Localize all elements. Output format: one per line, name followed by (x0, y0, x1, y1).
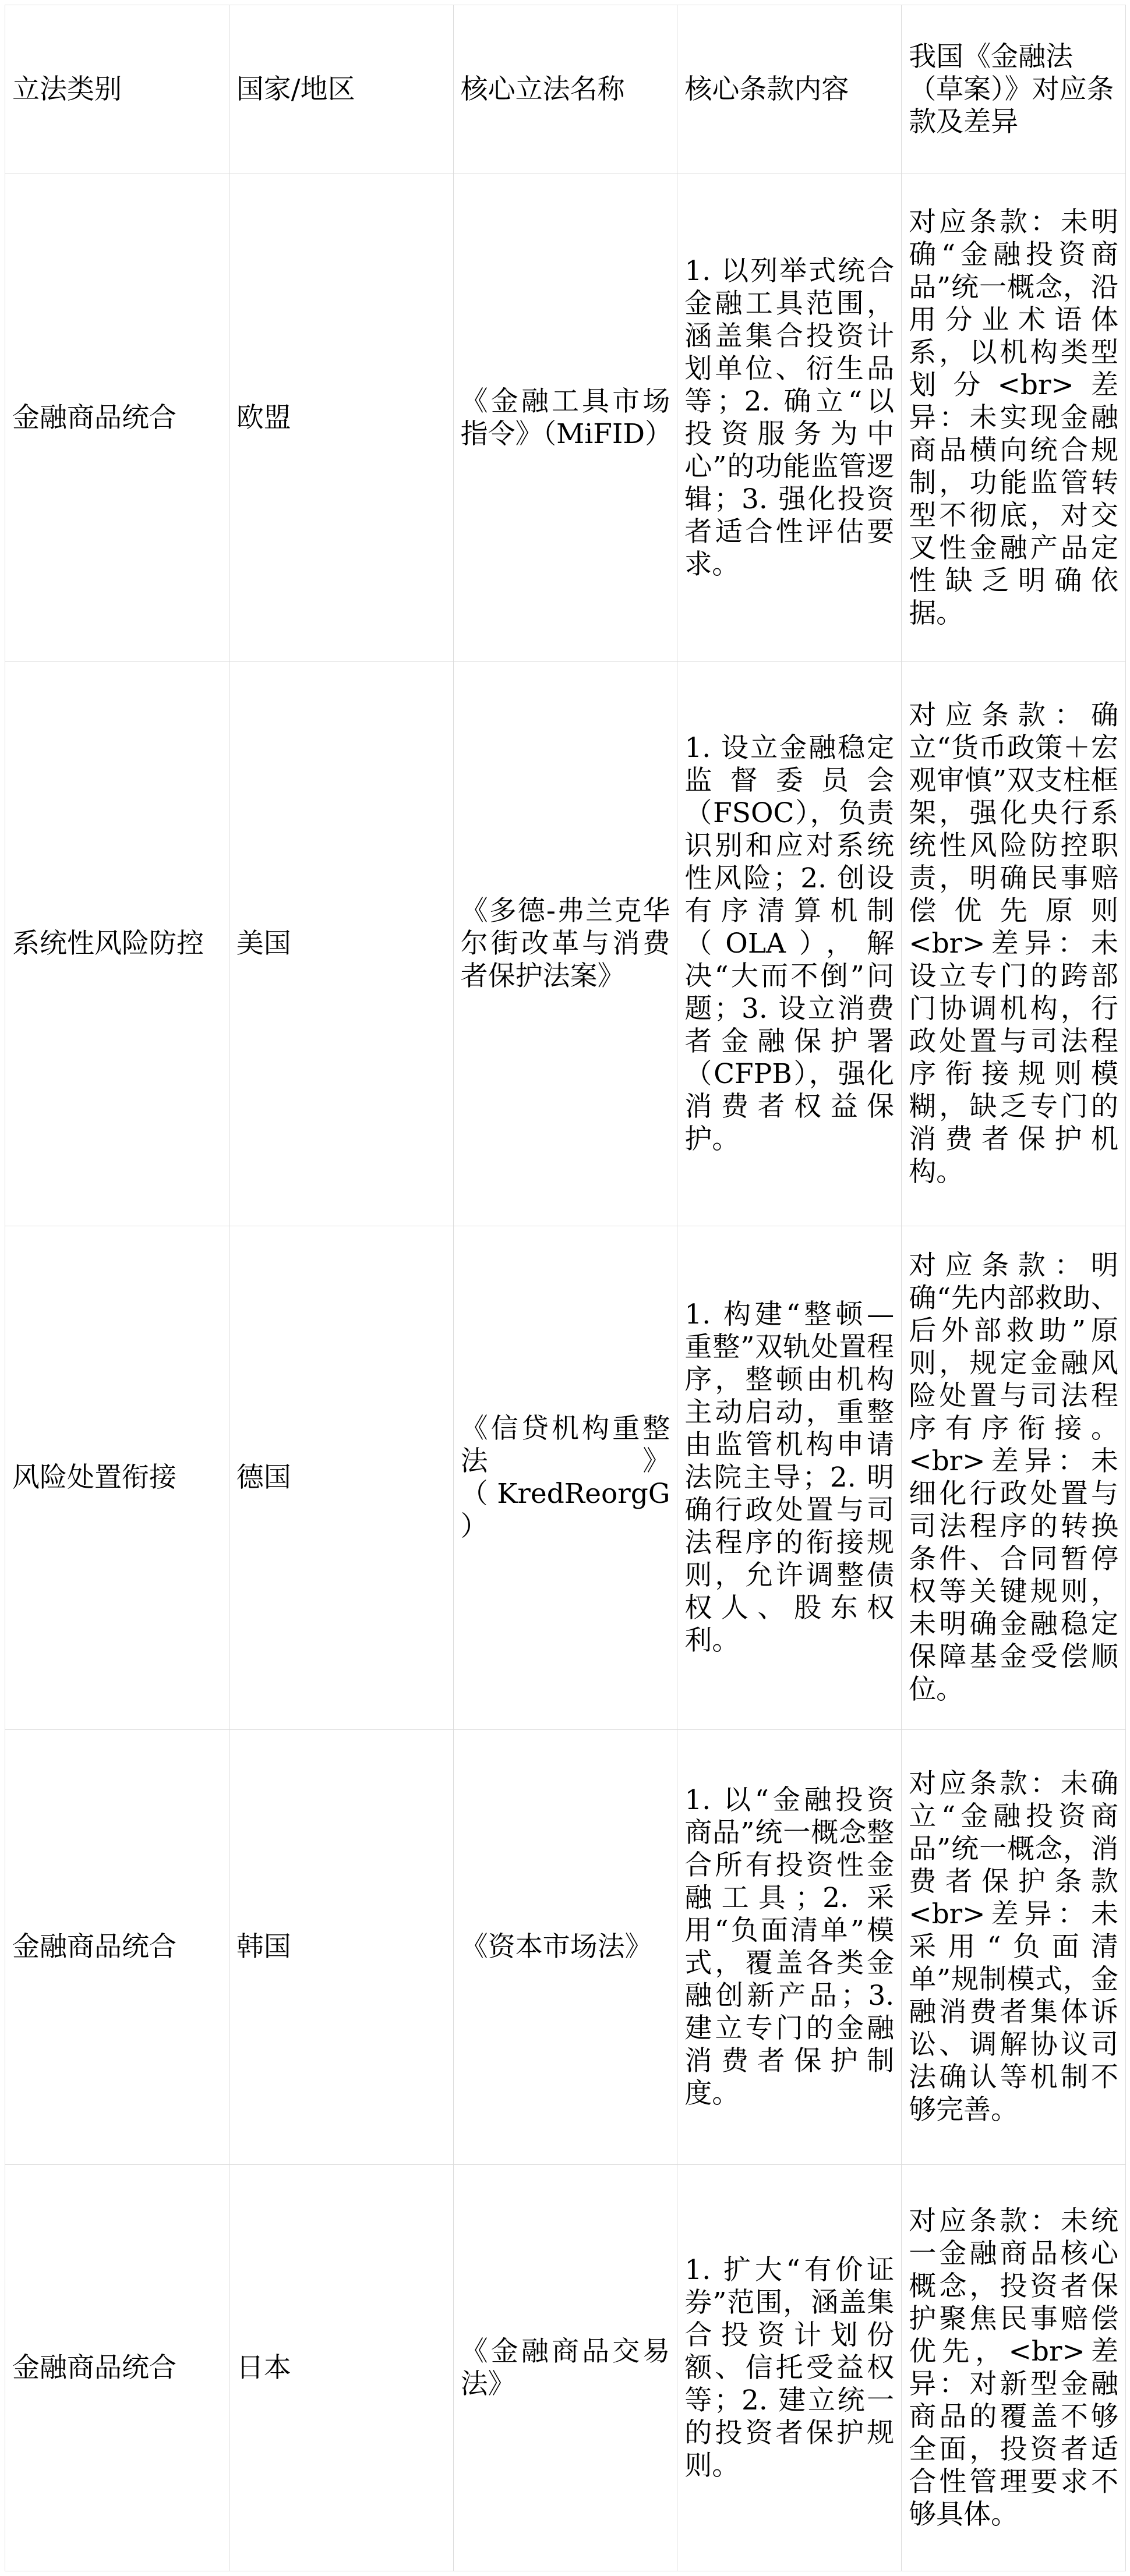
cell-provisions: 1. 以“金融投资商品”统一概念整合所有投资性金融工具；2. 采用“负面清单”模… (677, 1730, 902, 2165)
header-row: 立法类别 国家/地区 核心立法名称 核心条款内容 我国《金融法（草案）》对应条款… (5, 5, 1126, 174)
cell-comparison: 对应条款：确立“货币政策＋宏观审慎”双支柱框架，强化央行系统性风险防控职责，明确… (902, 662, 1126, 1226)
cell-comparison: 对应条款：明确“先内部救助、后外部救助”原则，规定金融风险处置与司法程序有序衔接… (902, 1226, 1126, 1730)
table-row-germany: 风险处置衔接 德国 《信贷机构重整法》（KredReorgG） 1. 构建“整顿… (5, 1226, 1126, 1730)
col-header-region: 国家/地区 (229, 5, 453, 174)
cell-category: 金融商品统合 (5, 1730, 229, 2165)
cell-law-name: 《金融商品交易法》 (453, 2165, 677, 2571)
cell-region: 德国 (229, 1226, 453, 1730)
legislation-comparison-table: 立法类别 国家/地区 核心立法名称 核心条款内容 我国《金融法（草案）》对应条款… (5, 5, 1126, 2571)
col-header-law-name: 核心立法名称 (453, 5, 677, 174)
cell-law-name: 《金融工具市场指令》（MiFID） (453, 174, 677, 662)
cell-region: 韩国 (229, 1730, 453, 2165)
cell-region: 日本 (229, 2165, 453, 2571)
cell-comparison: 对应条款：未统一金融商品核心概念，投资者保护聚焦民事赔偿优先，<br>差异：对新… (902, 2165, 1126, 2571)
cell-category: 金融商品统合 (5, 174, 229, 662)
table-row-japan: 金融商品统合 日本 《金融商品交易法》 1. 扩大“有价证券”范围，涵盖集合投资… (5, 2165, 1126, 2571)
cell-law-name: 《信贷机构重整法》（KredReorgG） (453, 1226, 677, 1730)
col-header-comparison: 我国《金融法（草案）》对应条款及差异 (902, 5, 1126, 174)
cell-category: 风险处置衔接 (5, 1226, 229, 1730)
cell-provisions: 1. 构建“整顿—重整”双轨处置程序，整顿由机构主动启动，重整由监管机构申请法院… (677, 1226, 902, 1730)
col-header-category: 立法类别 (5, 5, 229, 174)
cell-category: 金融商品统合 (5, 2165, 229, 2571)
col-header-provisions: 核心条款内容 (677, 5, 902, 174)
cell-comparison: 对应条款：未明确“金融投资商品”统一概念，沿用分业术语体系，以机构类型划分<br… (902, 174, 1126, 662)
table-row-korea: 金融商品统合 韩国 《资本市场法》 1. 以“金融投资商品”统一概念整合所有投资… (5, 1730, 1126, 2165)
cell-provisions: 1. 扩大“有价证券”范围，涵盖集合投资计划份额、信托受益权等；2. 建立统一的… (677, 2165, 902, 2571)
cell-provisions: 1. 以列举式统合金融工具范围，涵盖集合投资计划单位、衍生品等；2. 确立“以投… (677, 174, 902, 662)
cell-law-name: 《多德-弗兰克华尔街改革与消费者保护法案》 (453, 662, 677, 1226)
cell-provisions: 1. 设立金融稳定监督委员会（FSOC），负责识别和应对系统性风险；2. 创设有… (677, 662, 902, 1226)
cell-region: 欧盟 (229, 174, 453, 662)
cell-law-name: 《资本市场法》 (453, 1730, 677, 2165)
cell-region: 美国 (229, 662, 453, 1226)
table-row-eu: 金融商品统合 欧盟 《金融工具市场指令》（MiFID） 1. 以列举式统合金融工… (5, 174, 1126, 662)
cell-comparison: 对应条款：未确立“金融投资商品”统一概念，消费者保护条款<br>差异：未采用“负… (902, 1730, 1126, 2165)
table-row-us: 系统性风险防控 美国 《多德-弗兰克华尔街改革与消费者保护法案》 1. 设立金融… (5, 662, 1126, 1226)
cell-category: 系统性风险防控 (5, 662, 229, 1226)
